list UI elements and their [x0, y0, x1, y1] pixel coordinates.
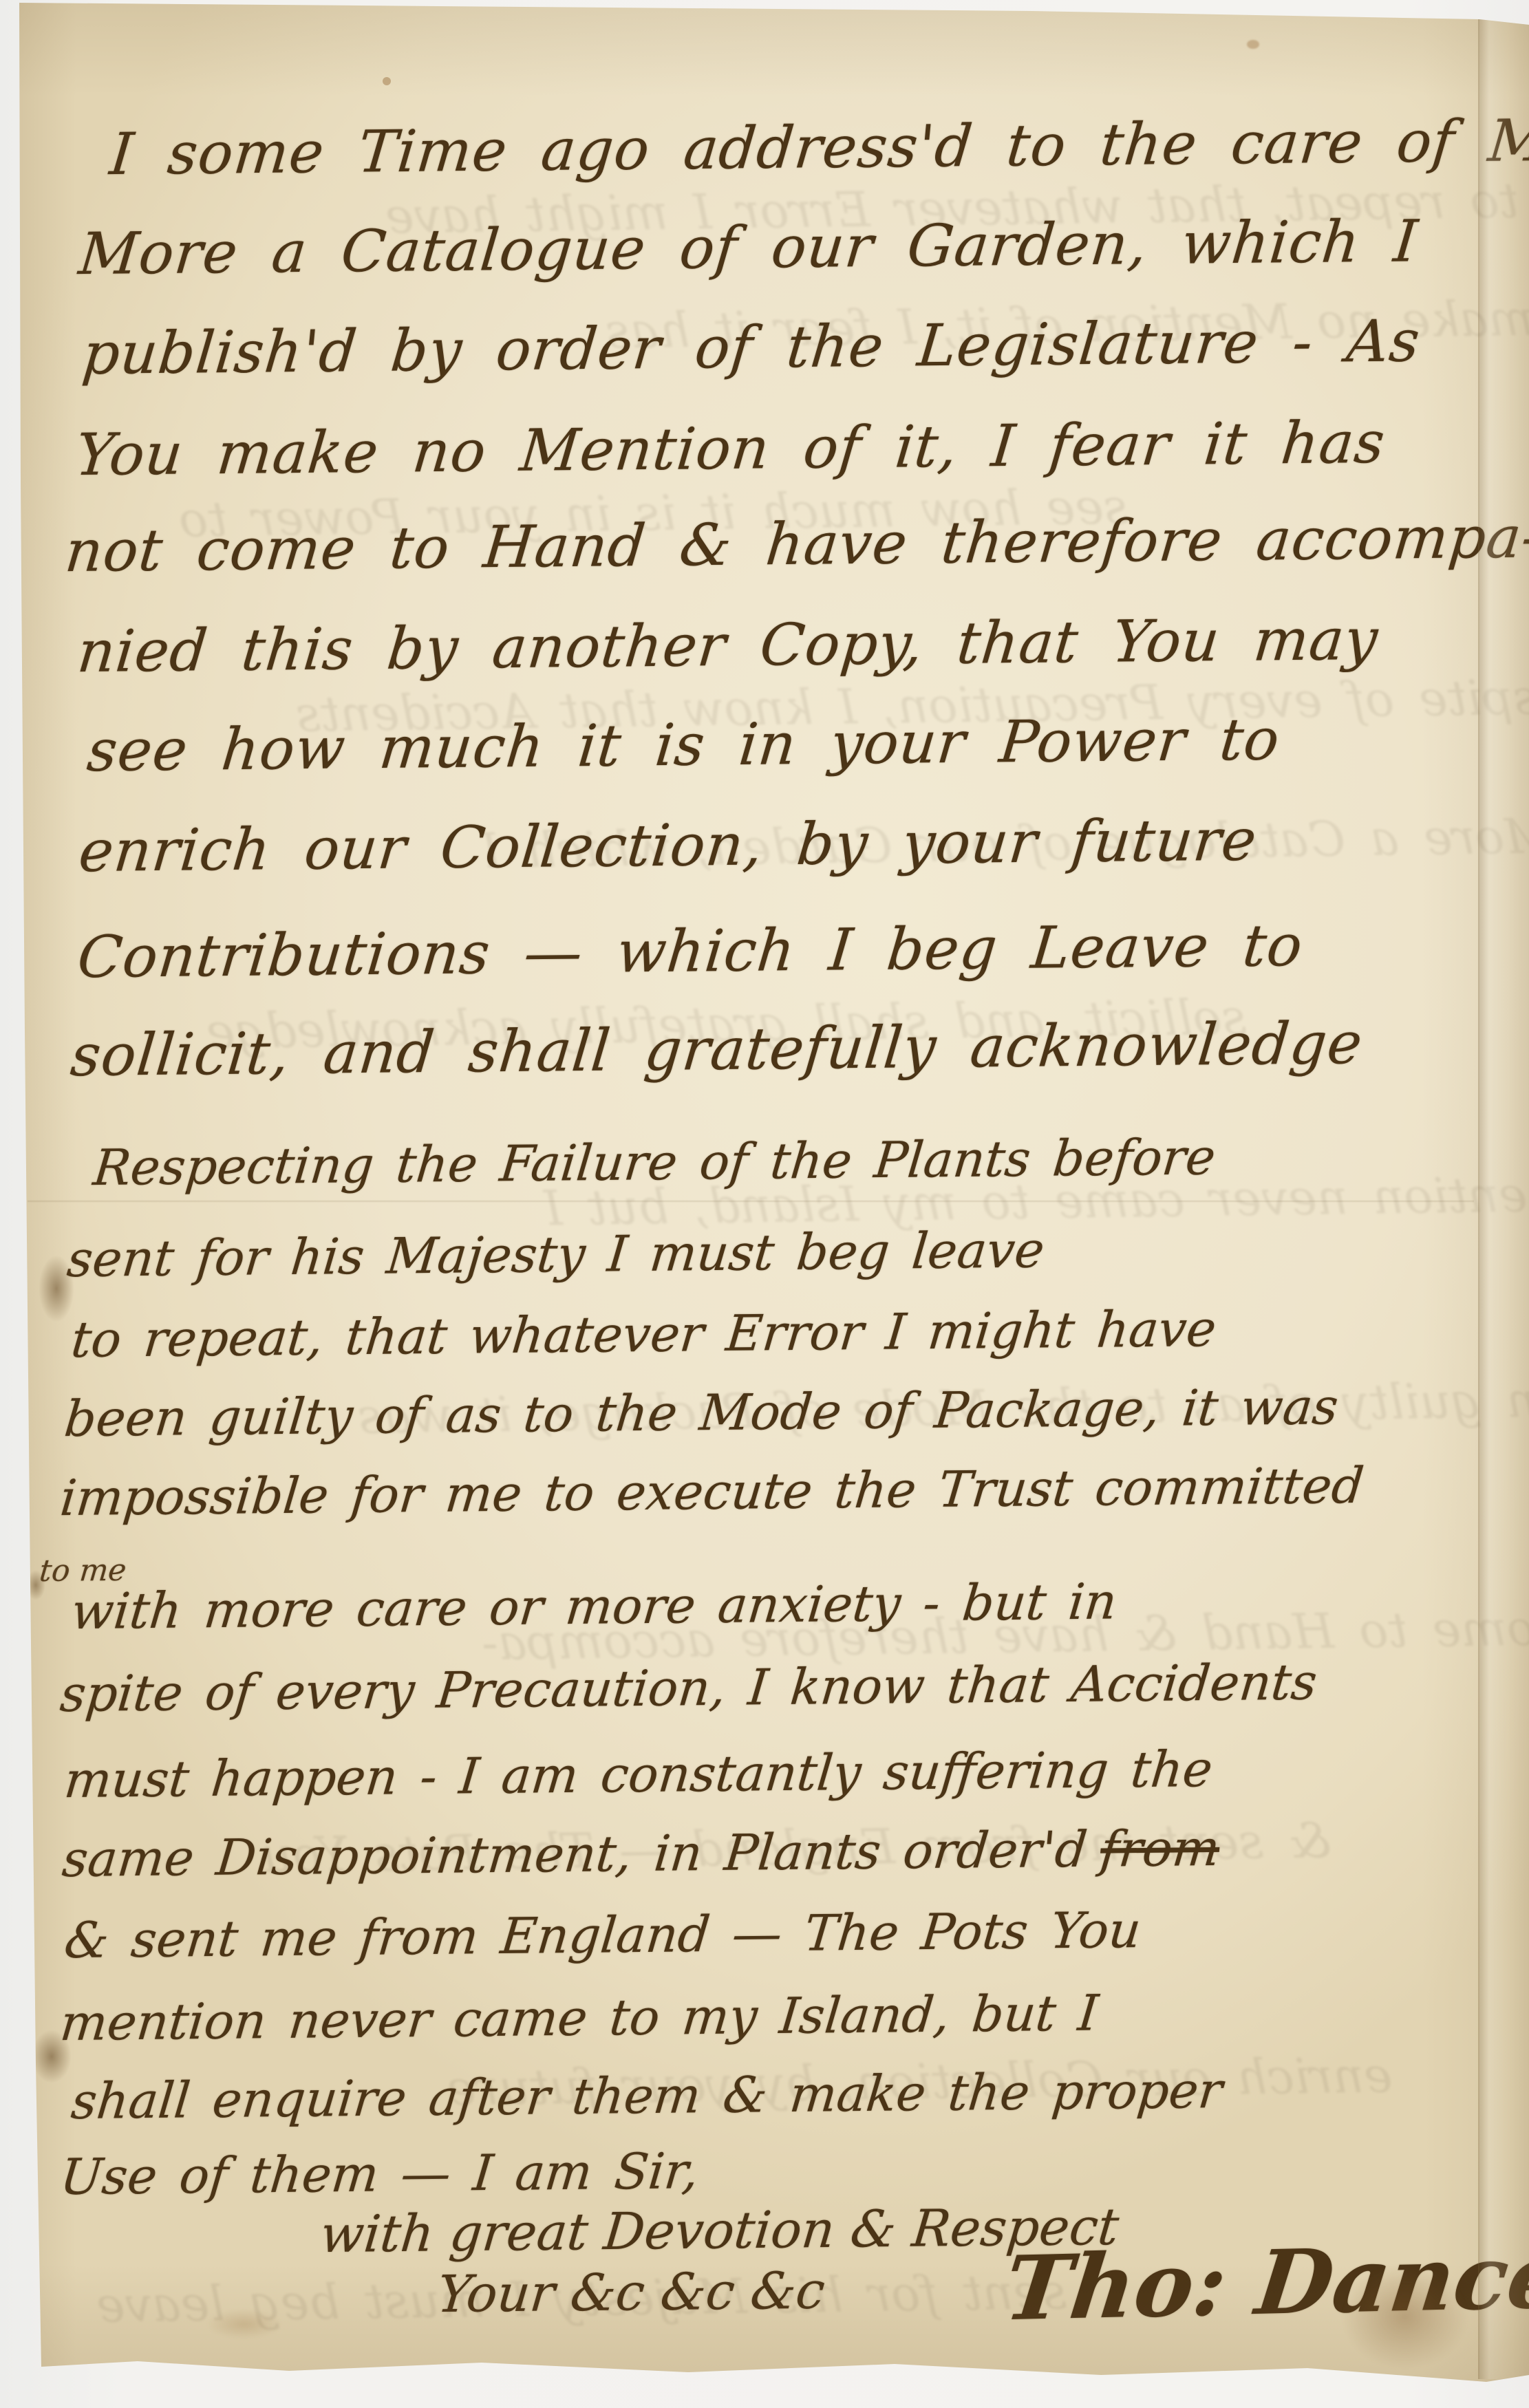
letter-line: must happen - I am constantly suffering … [62, 1740, 1215, 1809]
letter-page: to repeat, that whatever Error I might h… [0, 0, 1529, 2408]
foxing-stain [1247, 40, 1259, 49]
letter-line: to repeat, that whatever Error I might h… [69, 1300, 1219, 1368]
letter-line: sollicit, and shall gratefully acknowled… [68, 1009, 1366, 1089]
letter-line-text: same Disappointment, in Plants order'd [60, 1820, 1090, 1888]
right-fold-edge [1478, 19, 1529, 2379]
letter-line: mention never came to my Island, but I [58, 1984, 1101, 2052]
letter-line: Use of them — I am Sir, [58, 2142, 701, 2206]
letter-line: Respecting the Failure of the Plants bef… [91, 1128, 1218, 1196]
letter-line: More a Catalogue of our Garden, which I [76, 207, 1421, 288]
letter-line: publish'd by order of the Legislature - … [80, 307, 1424, 387]
letter-line: & sent me from England — The Pots You [62, 1901, 1144, 1969]
closing-line: with great Devotion & Respect [318, 2197, 1122, 2264]
letter-line: sent for his Majesty I must beg leave [65, 1221, 1047, 1288]
letter-line: spite of every Precaution, I know that A… [58, 1653, 1320, 1723]
closing-line: Your &c &c &c [435, 2261, 828, 2324]
letter-line: with more care or more anxiety - but in [69, 1572, 1120, 1640]
letter-line: been guilty of as to the Mode of Package… [62, 1377, 1341, 1448]
letter-line: see how much it is in your Power to [85, 705, 1283, 784]
foxing-stain [383, 77, 391, 85]
letter-line: enrich our Collection, by your future [76, 806, 1260, 885]
letter-line: Contributions — which I beg Leave to [75, 912, 1306, 991]
letter-line: I some Time ago address'd to the care of… [107, 107, 1529, 189]
foxing-stain [206, 2309, 282, 2339]
letter-line: same Disappointment, in Plants order'dfr… [60, 1819, 1222, 1888]
struck-word: from [1098, 1819, 1223, 1878]
letter-line: You make no Mention of it, I fear it has [73, 409, 1389, 488]
letter-line: shall enquire after them & make the prop… [69, 2061, 1225, 2130]
letter-line: nied this by another Copy, that You may [75, 605, 1381, 685]
letter-line: impossible for me to execute the Trust c… [58, 1456, 1367, 1527]
letter-line: not come to Hand & have therefore accomp… [63, 503, 1529, 585]
horizontal-fold-crease [28, 1200, 1474, 1203]
signature: Tho: Dancer [999, 2224, 1529, 2341]
